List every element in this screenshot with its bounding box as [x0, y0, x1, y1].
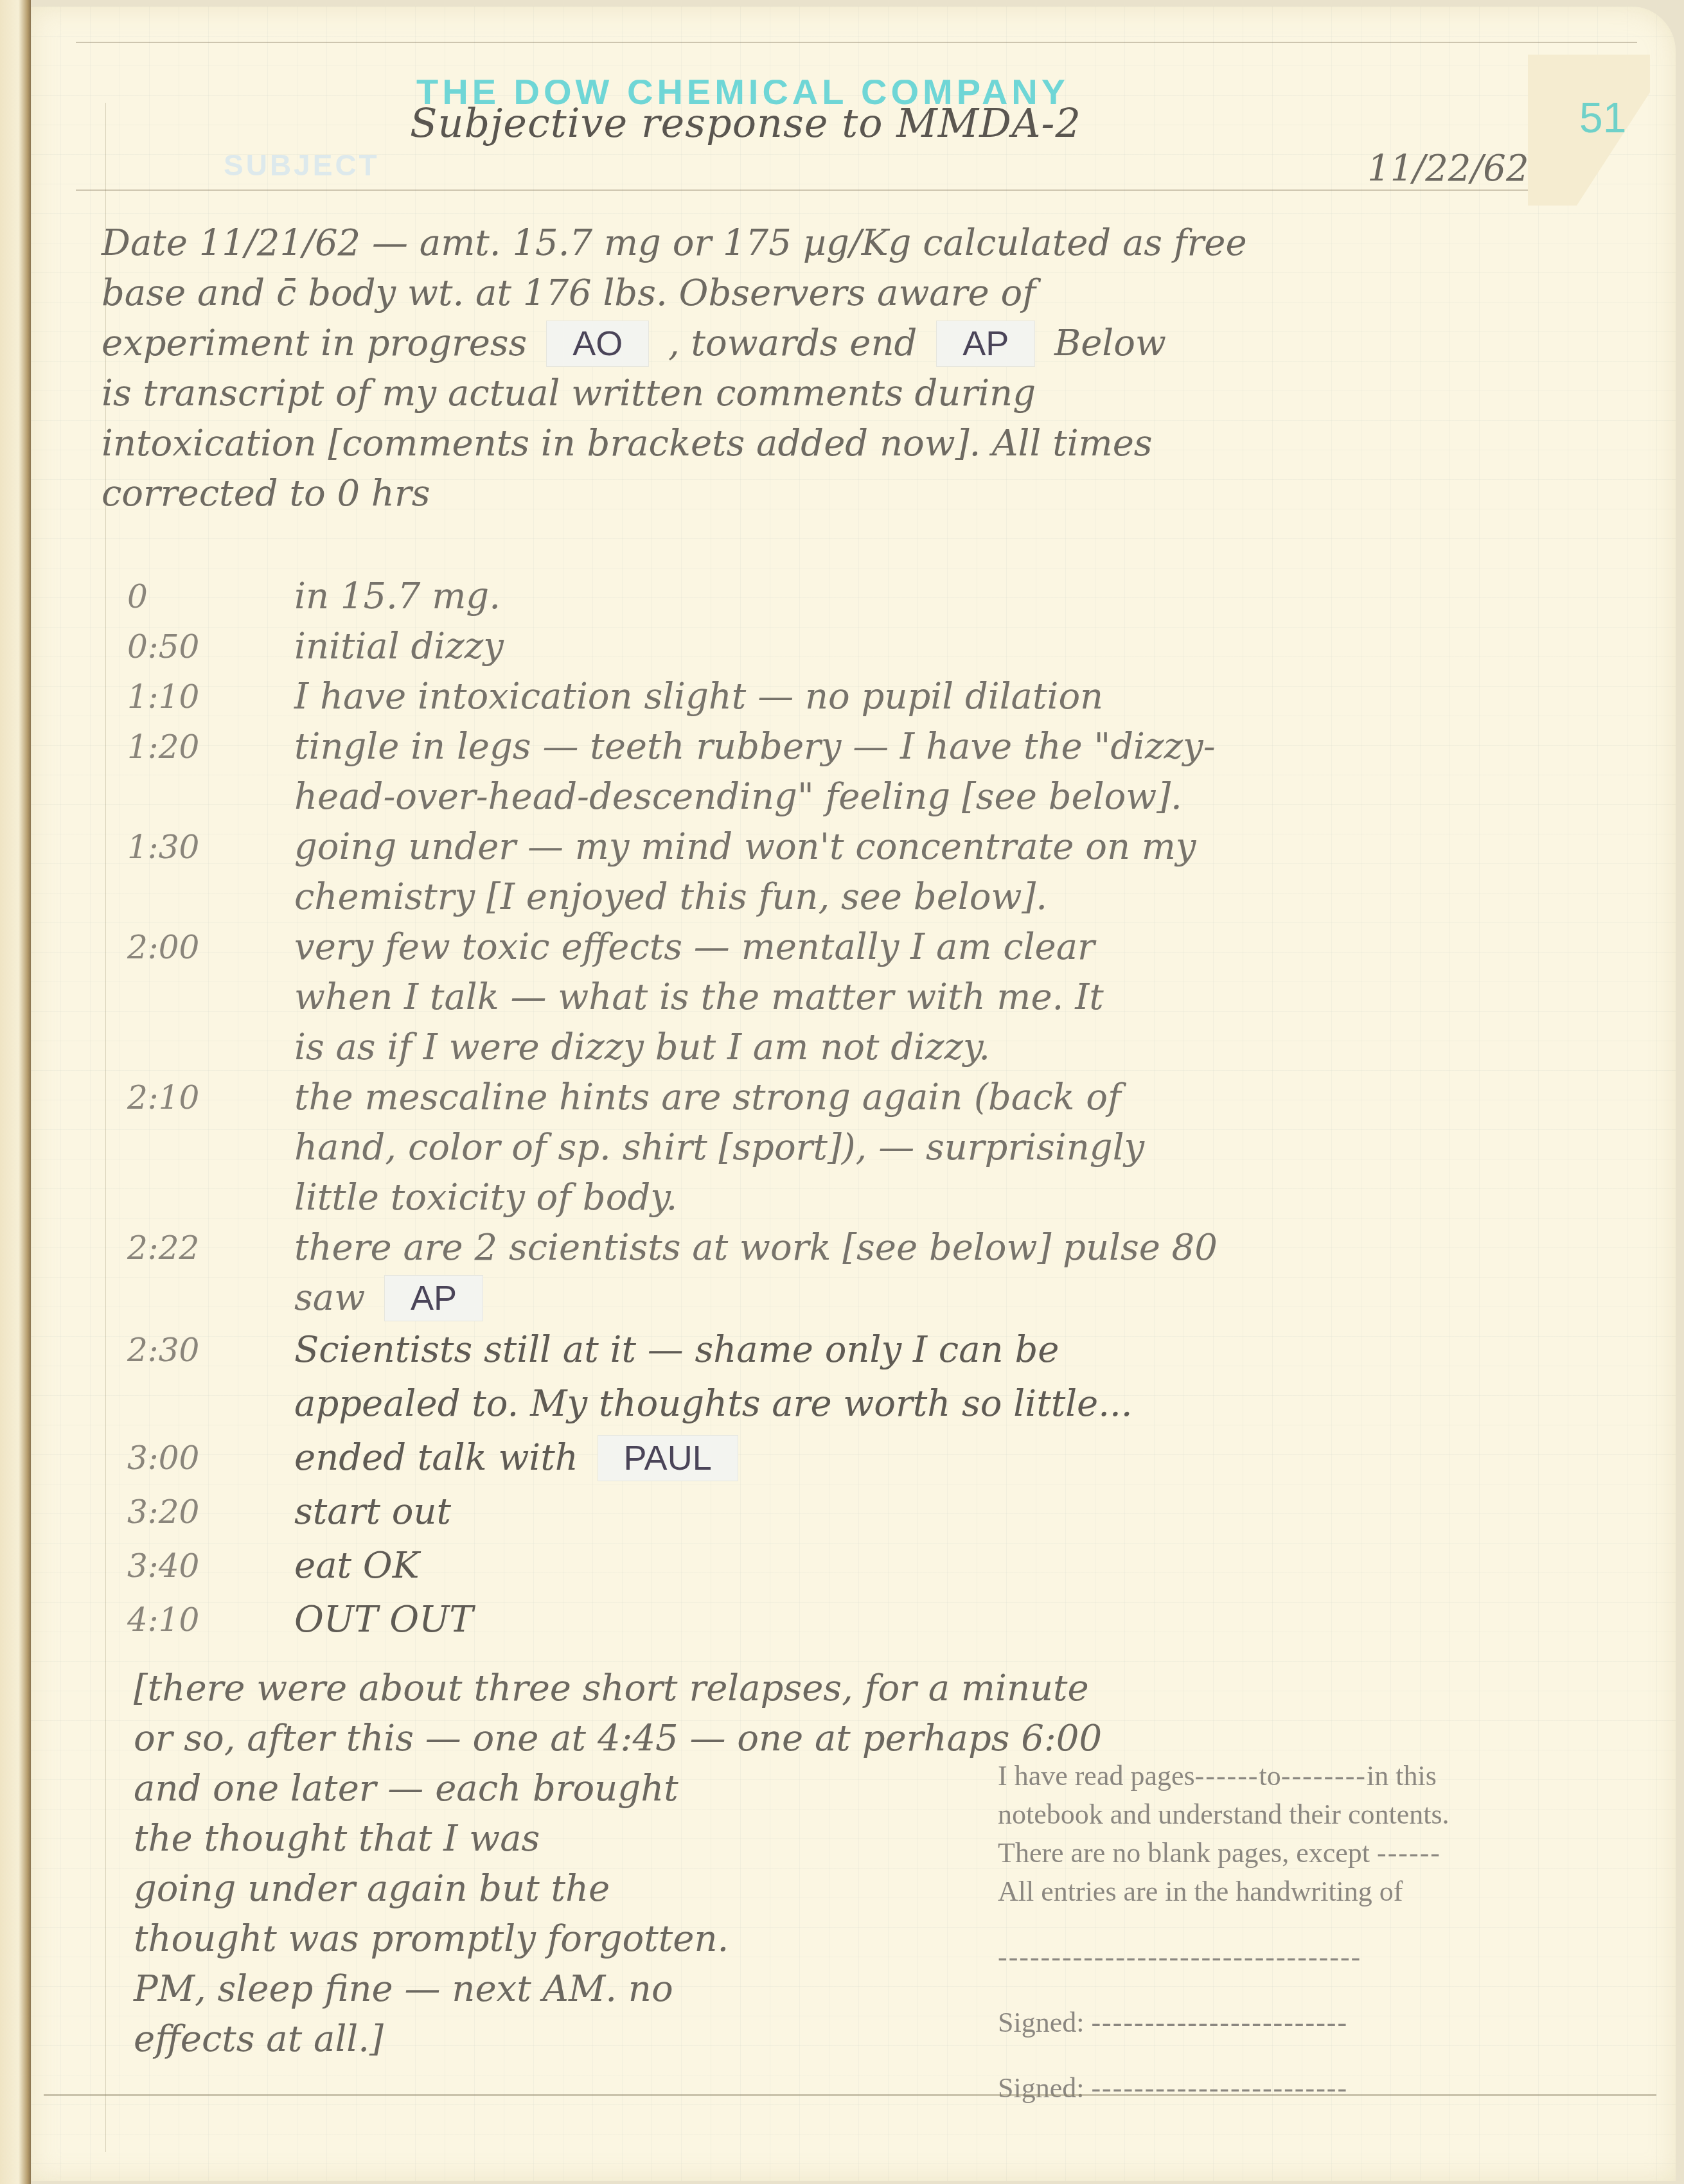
form-line-handwriting: All entries are in the handwriting of: [998, 1872, 1608, 1911]
log-text: saw AP: [294, 1273, 1218, 1323]
intro-paragraph: Date 11/21/62 — amt. 15.7 mg or 175 µg/K…: [102, 218, 1247, 519]
log-text: chemistry [I enjoyed this fun, see below…: [294, 872, 1196, 922]
log-text: hand, color of sp. shirt [sport]), — sur…: [294, 1123, 1144, 1173]
log-time: 3:20: [121, 1485, 294, 1539]
log-text: OUT OUT: [294, 1593, 474, 1647]
signature-field-1[interactable]: ------------------------: [1091, 2007, 1348, 2038]
log-text: initial dizzy: [294, 622, 504, 672]
log-text: start out: [294, 1485, 451, 1539]
notebook-page: THE DOW CHEMICAL COMPANY SUBJECT Subject…: [31, 6, 1676, 2181]
witness-signature-form: I have read pages------to--------in this…: [998, 1757, 1608, 2108]
log-entry: 2:30 Scientists still at it — shame only…: [121, 1323, 1650, 1431]
log-time: 2:10: [121, 1073, 294, 1223]
footnote-line: or so, after this — one at 4:45 — one at…: [134, 1714, 1102, 1764]
log-entry: 1:10 I have intoxication slight — no pup…: [121, 672, 1650, 722]
intro-line: Date 11/21/62 — amt. 15.7 mg or 175 µg/K…: [102, 218, 1247, 269]
log-text: little toxicity of body.: [294, 1173, 1144, 1223]
footnote-line: effects at all.]: [134, 2014, 1102, 2065]
footnote-line: PM, sleep fine — next AM. no: [134, 1964, 1102, 2014]
footnote-line: [there were about three short relapses, …: [134, 1664, 1102, 1714]
log-text: the mescaline hints are strong again (ba…: [294, 1073, 1144, 1123]
log-text: eat OK: [294, 1539, 420, 1593]
log-time: 0:50: [121, 622, 294, 672]
log-entry: 3:20 start out: [121, 1485, 1650, 1539]
redaction-box: AO: [546, 321, 649, 367]
log-entry: 2:22 there are 2 scientists at work [see…: [121, 1223, 1650, 1323]
form-line-blank-pages: There are no blank pages, except ------: [998, 1834, 1608, 1872]
log-entry: 0 in 15.7 mg.: [121, 572, 1650, 622]
log-entry: 2:00 very few toxic effects — mentally I…: [121, 922, 1650, 1073]
log-text: when I talk — what is the matter with me…: [294, 973, 1104, 1023]
pages-from-field[interactable]: ------: [1195, 1760, 1259, 1792]
redaction-box: AP: [936, 321, 1035, 367]
page-title: Subjective response to MMDA-2: [410, 100, 1081, 146]
log-text: going under — my mind won't concentrate …: [294, 822, 1196, 872]
log-time: 1:30: [121, 822, 294, 922]
log-text: Scientists still at it — shame only I ca…: [294, 1323, 1133, 1377]
log-text: ended talk with PAUL: [294, 1431, 746, 1485]
log-entry: 4:10 OUT OUT: [121, 1593, 1650, 1647]
log-text: there are 2 scientists at work [see belo…: [294, 1223, 1218, 1273]
form-line-pages: I have read pages------to--------in this: [998, 1757, 1608, 1795]
log-text: very few toxic effects — mentally I am c…: [294, 922, 1104, 973]
intro-line: corrected to 0 hrs: [102, 469, 1247, 519]
handwriting-of-field[interactable]: ----------------------------------: [998, 1938, 1608, 1977]
blank-pages-field[interactable]: ------: [1377, 1837, 1441, 1869]
log-text: I have intoxication slight — no pupil di…: [294, 672, 1103, 722]
page-bottom-rule: [44, 2094, 1656, 2096]
signature-row-1: Signed: ------------------------: [998, 2003, 1608, 2042]
log-time: 3:00: [121, 1431, 294, 1485]
form-line-understand: notebook and understand their contents.: [998, 1795, 1608, 1834]
intro-line: intoxication [comments in brackets added…: [102, 419, 1247, 469]
header-date: 11/22/62: [1367, 148, 1529, 189]
log-entry: 3:00 ended talk with PAUL: [121, 1431, 1650, 1485]
pages-to-field[interactable]: --------: [1281, 1760, 1367, 1792]
subject-label: SUBJECT: [224, 148, 380, 182]
footnote-line: going under again but the: [134, 1864, 1102, 1914]
log-entry: 2:10 the mescaline hints are strong agai…: [121, 1073, 1650, 1223]
page-number: 51: [1579, 93, 1626, 142]
log-time: 2:22: [121, 1223, 294, 1323]
footnote-line: the thought that I was: [134, 1814, 1102, 1864]
log-entry: 1:20 tingle in legs — teeth rubbery — I …: [121, 722, 1650, 822]
timeline-log: 0 in 15.7 mg. 0:50 initial dizzy 1:10 I …: [121, 572, 1650, 1647]
log-time: 2:00: [121, 922, 294, 1073]
intro-line: experiment in progress AO , towards end …: [102, 319, 1247, 369]
log-time: 0: [121, 572, 294, 622]
log-time: 4:10: [121, 1593, 294, 1647]
log-entry: 3:40 eat OK: [121, 1539, 1650, 1593]
intro-line: base and c̄ body wt. at 176 lbs. Observe…: [102, 269, 1247, 319]
footnote-line: and one later — each brought: [134, 1764, 1102, 1814]
signature-row-2: Signed: ------------------------: [998, 2069, 1608, 2108]
log-time: 1:10: [121, 672, 294, 722]
page-header: THE DOW CHEMICAL COMPANY SUBJECT Subject…: [31, 6, 1676, 199]
notebook-binding: [0, 0, 31, 2184]
log-entry: 0:50 initial dizzy: [121, 622, 1650, 672]
redaction-box: PAUL: [598, 1435, 738, 1481]
log-time: 3:40: [121, 1539, 294, 1593]
log-time: 1:20: [121, 722, 294, 822]
log-text: is as if I were dizzy but I am not dizzy…: [294, 1023, 1104, 1073]
log-text: appealed to. My thoughts are worth so li…: [294, 1377, 1133, 1431]
footnote-line: thought was promptly forgotten.: [134, 1914, 1102, 1964]
log-time: 2:30: [121, 1323, 294, 1431]
log-text: tingle in legs — teeth rubbery — I have …: [294, 722, 1216, 772]
log-text: head-over-head-descending" feeling [see …: [294, 772, 1216, 822]
intro-line: is transcript of my actual written comme…: [102, 369, 1247, 419]
signature-field-2[interactable]: ------------------------: [1091, 2072, 1348, 2104]
log-text: in 15.7 mg.: [294, 572, 501, 622]
redaction-box: AP: [384, 1275, 483, 1321]
log-entry: 1:30 going under — my mind won't concent…: [121, 822, 1650, 922]
bracketed-footnote: [there were about three short relapses, …: [134, 1664, 1102, 2065]
